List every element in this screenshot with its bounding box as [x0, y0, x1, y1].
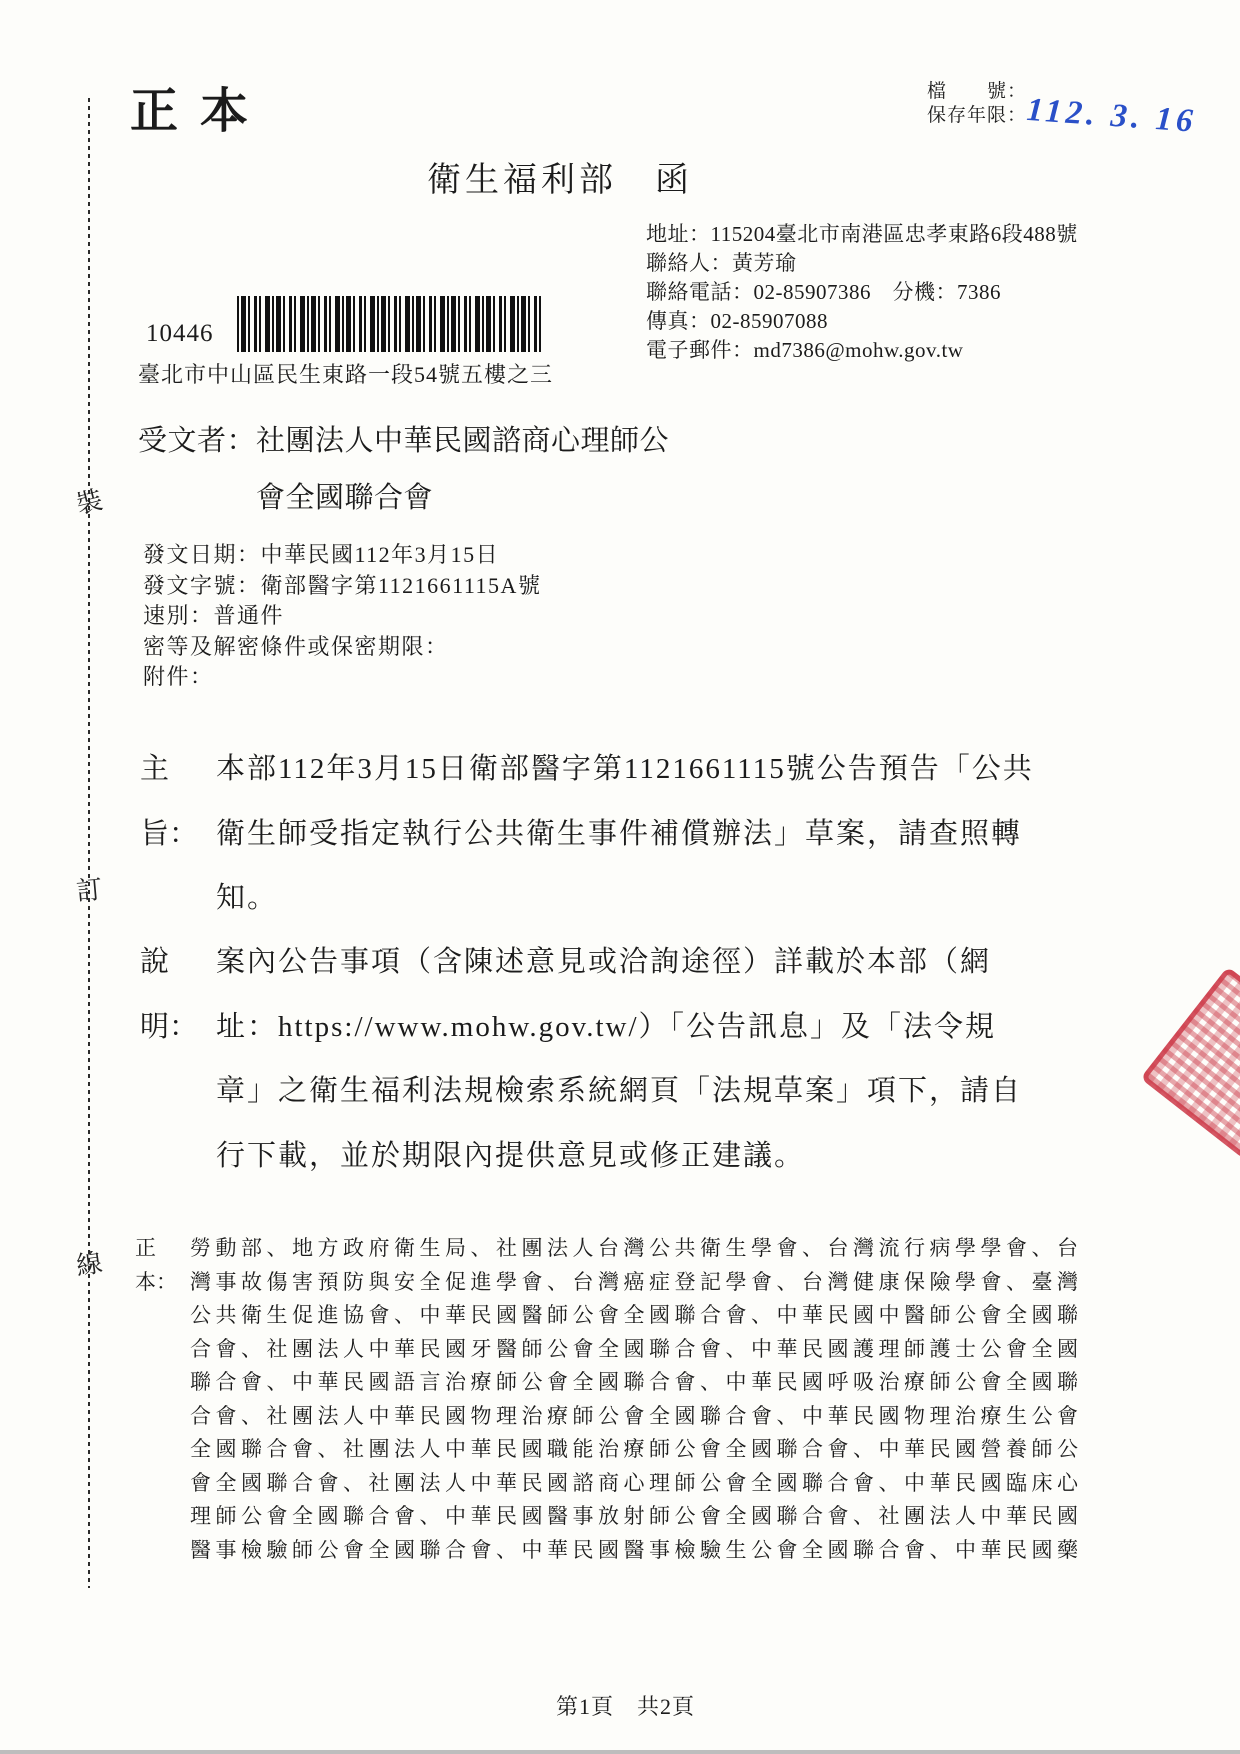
- binding-dotted-line: [88, 98, 90, 1588]
- copies-line: 全國聯合會、社團法人中華民國職能治療師公會全國聯合會、中華民國營養師公: [190, 1433, 1083, 1467]
- postal-code: 10446: [146, 320, 214, 348]
- recipient-block: 受文者： 社團法人中華民國諮商心理師公 會全國聯合會: [138, 413, 669, 527]
- sender-address-line: 地址：115204臺北市南港區忠孝東路6段488號: [646, 220, 1078, 249]
- subject-line: 本部112年3月15日衛部醫字第1121661115號公告預告「公共: [216, 737, 1034, 802]
- description-line: 章」之衛生福利法規檢索系統網頁「法規草案」項下，請自: [216, 1059, 1022, 1124]
- subject-block: 主旨： 本部112年3月15日衛部醫字第1121661115號公告預告「公共 衛…: [140, 737, 1034, 931]
- recipient-street-address: 臺北市中山區民生東路一段54號五樓之三: [138, 358, 553, 389]
- copies-line: 合會、社團法人中華民國物理治療師公會全國聯合會、中華民國物理治療生公會: [190, 1400, 1083, 1434]
- document-page: 正本 檔 號： 保存年限： 112. 3. 16 衛生福利部 函 地址：1152…: [0, 0, 1240, 1754]
- binding-mark-zhuang: 裝: [72, 479, 106, 521]
- speed-class-line: 速別：普通件: [143, 601, 541, 632]
- issue-date-line: 發文日期：中華民國112年3月15日: [143, 540, 541, 571]
- recipient-name-line-2: 會全國聯合會: [256, 470, 669, 527]
- mail-barcode-icon: [237, 296, 545, 352]
- copies-block: 正本： 勞動部、地方政府衛生局、社團法人台灣公共衛生學會、台灣流行病學學會、台 …: [135, 1232, 1083, 1567]
- description-line: 案內公告事項（含陳述意見或洽詢途徑）詳載於本部（網: [216, 930, 1022, 995]
- sender-info-block: 地址：115204臺北市南港區忠孝東路6段488號 聯絡人：黃芳瑜 聯絡電話：0…: [646, 220, 1078, 365]
- scan-edge-artifact: [0, 1750, 1240, 1754]
- description-label: 說明：: [140, 930, 216, 1188]
- binding-mark-xian: 線: [74, 1242, 105, 1282]
- security-class-line: 密等及解密條件或保密期限：: [143, 632, 541, 663]
- recipient-name-line-1: 社團法人中華民國諮商心理師公: [256, 413, 669, 470]
- copies-line: 醫事檢驗師公會全國聯合會、中華民國醫事檢驗生公會全國聯合會、中華民國藥: [190, 1534, 1083, 1568]
- description-line: 行下載，並於期限內提供意見或修正建議。: [216, 1124, 1022, 1189]
- copies-line: 理師公會全國聯合會、中華民國醫事放射師公會全國聯合會、社團法人中華民國: [190, 1500, 1083, 1534]
- copies-line: 聯合會、中華民國語言治療師公會全國聯合會、中華民國呼吸治療師公會全國聯: [190, 1366, 1083, 1400]
- subject-line: 知。: [216, 866, 1034, 931]
- copies-line: 會全國聯合會、社團法人中華民國諮商心理師公會全國聯合會、中華民國臨床心: [190, 1467, 1083, 1501]
- description-block: 說明： 案內公告事項（含陳述意見或洽詢途徑）詳載於本部（網 址：https://…: [140, 930, 1022, 1188]
- file-info-block: 檔 號： 保存年限：: [927, 80, 1027, 128]
- binding-mark-ding: 訂: [74, 869, 103, 908]
- document-title: 衛生福利部 函: [427, 152, 693, 201]
- sender-fax-line: 傳真：02-85907088: [646, 307, 1078, 336]
- document-meta-block: 發文日期：中華民國112年3月15日 發文字號：衛部醫字第1121661115A…: [143, 540, 541, 693]
- description-line: 址：https://www.mohw.gov.tw/）「公告訊息」及「法令規: [216, 995, 1022, 1060]
- copies-line: 灣事故傷害預防與安全促進學會、台灣癌症登記學會、台灣健康保險學會、臺灣: [190, 1266, 1083, 1300]
- issue-number-line: 發文字號：衛部醫字第1121661115A號: [143, 571, 541, 602]
- retention-period-label: 保存年限：: [927, 104, 1027, 128]
- subject-label: 主旨：: [140, 737, 216, 931]
- sender-contact-line: 聯絡人：黃芳瑜: [646, 249, 1078, 278]
- sender-phone-line: 聯絡電話：02-85907386 分機：7386: [646, 278, 1078, 307]
- file-number-label: 檔 號：: [927, 80, 1027, 104]
- copy-type-label: 正本: [130, 72, 270, 141]
- copies-line: 公共衛生促進協會、中華民國醫師公會全國聯合會、中華民國中醫師公會全國聯: [190, 1299, 1083, 1333]
- red-seal-stamp-icon: [1140, 966, 1240, 1159]
- copies-line: 合會、社團法人中華民國牙醫師公會全國聯合會、中華民國護理師護士公會全國: [190, 1333, 1083, 1367]
- copies-label: 正本：: [135, 1232, 190, 1567]
- recipient-label: 受文者：: [138, 413, 256, 527]
- subject-line: 衛生師受指定執行公共衛生事件補償辦法」草案，請查照轉: [216, 802, 1034, 867]
- copies-line: 勞動部、地方政府衛生局、社團法人台灣公共衛生學會、台灣流行病學學會、台: [190, 1232, 1083, 1266]
- sender-email-line: 電子郵件：md7386@mohw.gov.tw: [646, 336, 1078, 365]
- attachment-line: 附件：: [143, 662, 541, 693]
- page-footer: 第1頁 共2頁: [556, 1690, 695, 1721]
- handwritten-date: 112. 3. 16: [1025, 92, 1197, 141]
